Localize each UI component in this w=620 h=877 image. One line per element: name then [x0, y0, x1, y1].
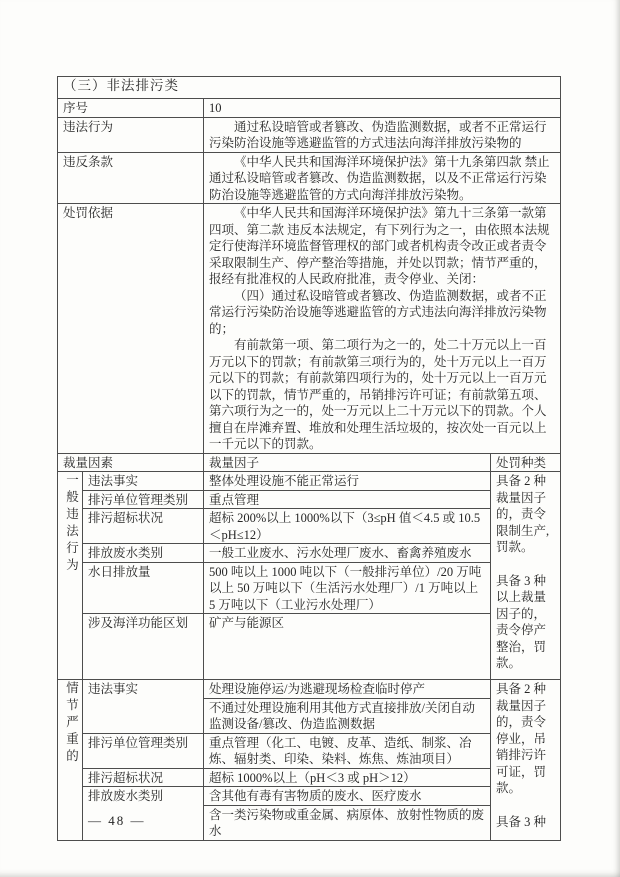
factor-label-cell: 排污超标状况	[83, 509, 204, 544]
category-serious: 情节严重的	[58, 680, 83, 841]
factor-label-cell: 排污单位管理类别	[83, 490, 204, 509]
factor-label-cell: 水日排放量	[83, 562, 204, 614]
table-row: 排污超标状况 超标 200%以上 1000%以下（3≤pH 值＜4.5 或 10…	[58, 509, 561, 544]
regulation-table: （三）非法排污类 序号 10 违法行为 通过私设暗管或者篡改、伪造监测数据，或者…	[57, 76, 561, 841]
penalty-general-p2: 具备 3 种以上裁量因子的，责令停产整治，罚款。	[496, 573, 556, 672]
factor-value-cell: 不通过处理设施利用其他方式直接排放/关闭自动监测设备/篡改、伪造监测数据	[204, 698, 491, 733]
factor-value-cell: 一般工业废水、污水处理厂废水、畜禽养殖废水	[204, 544, 491, 563]
factor-value-cell: 处理设施停运/为逃避现场检查临时停产	[204, 680, 491, 699]
page-number: — 48 —	[88, 813, 146, 829]
header-penalty: 处罚种类	[491, 453, 561, 472]
table-row: 违反条款 《中华人民共和国海洋环境保护法》第十九条第四款 禁止通过私设暗管或者篡…	[58, 152, 561, 204]
header-subfactor: 裁量因子	[204, 453, 491, 472]
basis-paragraph-2: （四）通过私设暗管或者篡改、伪造监测数据，或者不正常运行污染防治设施等逃避监管的…	[209, 288, 556, 338]
table-row: 排放废水类别 一般工业废水、污水处理厂废水、畜禽养殖废水	[58, 544, 561, 563]
table-row: 处罚依据 《中华人民共和国海洋环境保护法》第九十三条第一款第四项、第二款 违反本…	[58, 204, 561, 454]
table-row: （三）非法排污类	[58, 77, 561, 99]
table-row: 水日排放量 500 吨以上 1000 吨以下（一般排污单位）/20 万吨以上 5…	[58, 562, 561, 614]
basis-paragraph-1: 《中华人民共和国海洋环境保护法》第九十三条第一款第四项、第二款 违反本法规定，有…	[209, 205, 556, 288]
factor-label-cell: 违法事实	[83, 680, 204, 734]
factor-label-cell: 排放废水类别	[83, 544, 204, 563]
table-row: 情节严重的 违法事实 处理设施停运/为逃避现场检查临时停产 具备 2 种裁量因子…	[58, 680, 561, 699]
serial-value: 10	[204, 99, 561, 118]
factor-value-cell: 含其他有毒有害物质的废水、医疗废水	[204, 787, 491, 806]
factor-value-cell: 整体处理设施不能正常运行	[204, 472, 491, 491]
penalty-general-p1: 具备 2 种裁量因子的，责令限制生产,罚款。	[496, 473, 556, 556]
violation-text: 通过私设暗管或者篡改、伪造监测数据，或者不正常运行污染防治设施等逃避监管的方式违…	[204, 117, 561, 152]
basis-label: 处罚依据	[58, 204, 204, 454]
penalty-serious-p1: 具备 2 种裁量因子的，责令停业，吊销排污许可证，罚款。	[496, 681, 556, 797]
category-general: 一般违法行为	[58, 472, 83, 680]
clause-text: 《中华人民共和国海洋环境保护法》第十九条第四款 禁止通过私设暗管或者篡改、伪造监…	[204, 152, 561, 204]
table-row: 违法行为 通过私设暗管或者篡改、伪造监测数据，或者不正常运行污染防治设施等逃避监…	[58, 117, 561, 152]
factor-value-cell: 500 吨以上 1000 吨以下（一般排污单位）/20 万吨以上 50 万吨以下…	[204, 562, 491, 614]
factor-value-cell: 含一类污染物或重金属、病原体、放射性物质的废水	[204, 805, 491, 840]
clause-label: 违反条款	[58, 152, 204, 204]
document-page: （三）非法排污类 序号 10 违法行为 通过私设暗管或者篡改、伪造监测数据，或者…	[0, 0, 620, 877]
section-title: （三）非法排污类	[58, 77, 561, 99]
table-row: 涉及海洋功能区划 矿产与能源区	[58, 614, 561, 680]
factor-value-cell: 矿产与能源区	[204, 614, 491, 680]
table-row: 裁量因素 裁量因子 处罚种类	[58, 453, 561, 472]
factor-value-cell: 重点管理（化工、电镀、皮革、造纸、制浆、冶炼、辐射类、印染、染料、炼焦、炼油项目…	[204, 733, 491, 768]
factor-label-cell: 违法事实	[83, 472, 204, 491]
table-row: 一般违法行为 违法事实 整体处理设施不能正常运行 具备 2 种裁量因子的，责令限…	[58, 472, 561, 491]
factor-value-cell: 重点管理	[204, 490, 491, 509]
table-row: 排污超标状况 超标 1000%以上（pH＜3 或 pH＞12）	[58, 768, 561, 787]
table-row: 排污单位管理类别 重点管理	[58, 490, 561, 509]
penalty-general: 具备 2 种裁量因子的，责令限制生产,罚款。 具备 3 种以上裁量因子的，责令停…	[491, 472, 561, 680]
factor-value-cell: 超标 200%以上 1000%以下（3≤pH 值＜4.5 或 10.5＜pH≤1…	[204, 509, 491, 544]
header-factor: 裁量因素	[58, 453, 204, 472]
table-row: 序号 10	[58, 99, 561, 118]
category-serious-text: 情节严重的	[63, 681, 80, 766]
factor-label-cell: 排污超标状况	[83, 768, 204, 787]
table-row: 排污单位管理类别 重点管理（化工、电镀、皮革、造纸、制浆、冶炼、辐射类、印染、染…	[58, 733, 561, 768]
factor-label-cell: 涉及海洋功能区划	[83, 614, 204, 680]
category-general-text: 一般违法行为	[63, 473, 80, 575]
penalty-serious: 具备 2 种裁量因子的，责令停业，吊销排污许可证，罚款。 具备 3 种	[491, 680, 561, 841]
basis-text: 《中华人民共和国海洋环境保护法》第九十三条第一款第四项、第二款 违反本法规定，有…	[204, 204, 561, 454]
serial-label: 序号	[58, 99, 204, 118]
clause-paragraph: 《中华人民共和国海洋环境保护法》第十九条第四款 禁止通过私设暗管或者篡改、伪造监…	[209, 154, 556, 204]
table-row: 排放废水类别 含其他有毒有害物质的废水、医疗废水	[58, 787, 561, 806]
penalty-serious-p2: 具备 3 种	[496, 814, 556, 831]
violation-label: 违法行为	[58, 117, 204, 152]
basis-paragraph-3: 有前款第一项、第二项行为之一的，处二十万元以上一百万元以下的罚款；有前款第三项行…	[209, 337, 556, 453]
factor-value-cell: 超标 1000%以上（pH＜3 或 pH＞12）	[204, 768, 491, 787]
factor-label-cell: 排污单位管理类别	[83, 733, 204, 768]
violation-paragraph: 通过私设暗管或者篡改、伪造监测数据，或者不正常运行污染防治设施等逃避监管的方式违…	[209, 119, 556, 152]
